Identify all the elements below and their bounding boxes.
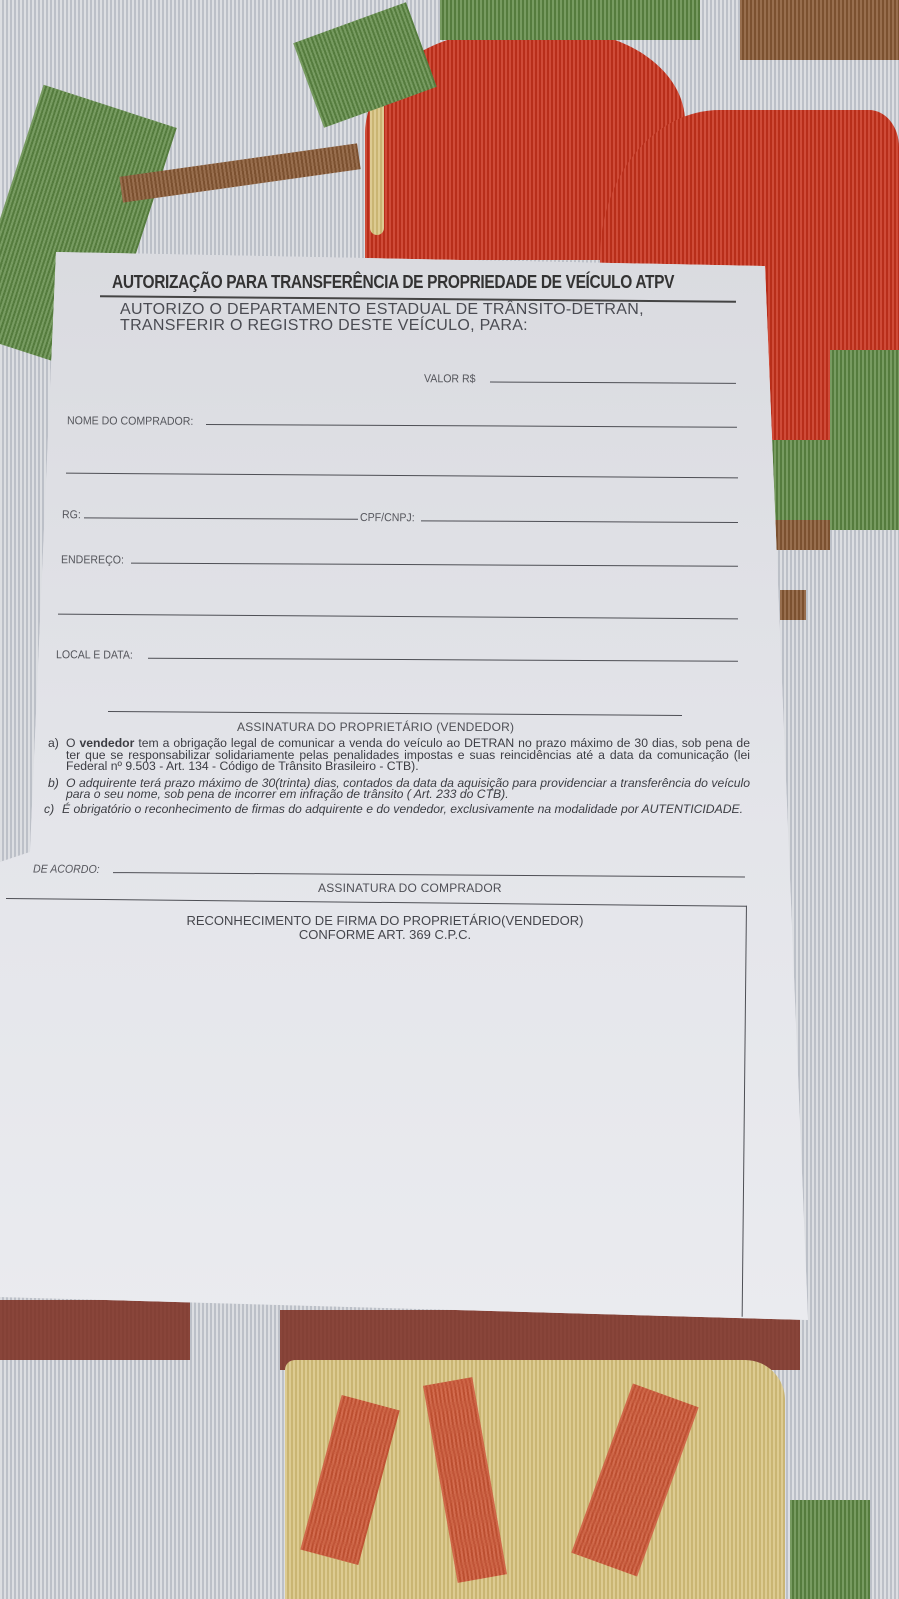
recognition-title-line-1: RECONHECIMENTO DE FIRMA DO PROPRIETÁRIO(…	[155, 914, 615, 928]
note-c-marker: c)	[44, 804, 54, 816]
place-date-input-line[interactable]	[148, 657, 738, 662]
buyer-name-input-line[interactable]	[206, 423, 737, 428]
seller-signature-caption: ASSINATURA DO PROPRIETÁRIO (VENDEDOR)	[237, 720, 514, 734]
note-b-text: O adquirente terá prazo máximo de 30(tri…	[66, 776, 750, 802]
address-input-line[interactable]	[131, 562, 738, 567]
rg-input-line[interactable]	[84, 516, 358, 519]
embroidered-leaf	[830, 350, 899, 440]
legal-notes: a) O vendedor tem a obrigação legal de c…	[30, 738, 750, 818]
cpf-cnpj-input-line[interactable]	[421, 519, 738, 523]
note-b-marker: b)	[48, 778, 59, 790]
note-a: a) O vendedor tem a obrigação legal de c…	[30, 738, 750, 773]
note-a-marker: a)	[48, 738, 59, 750]
authorization-line-1: AUTORIZO O DEPARTAMENTO ESTADUAL DE TRÂN…	[120, 302, 644, 318]
buyer-signature-caption: ASSINATURA DO COMPRADOR	[318, 881, 502, 895]
note-c: c) É obrigatório o reconhecimento de fir…	[30, 804, 750, 816]
note-a-text: tem a obrigação legal de comunicar a ven…	[66, 736, 750, 773]
embroidered-leaf	[790, 1500, 870, 1599]
embroidered-vine	[780, 590, 806, 620]
rg-label: RG:	[62, 509, 81, 521]
authorization-statement: AUTORIZO O DEPARTAMENTO ESTADUAL DE TRÂN…	[120, 302, 644, 334]
authorization-line-2: TRANSFERIR O REGISTRO DESTE VEÍCULO, PAR…	[120, 318, 644, 334]
cpf-cnpj-label: CPF/CNPJ:	[360, 512, 415, 524]
note-b: b) O adquirente terá prazo máximo de 30(…	[30, 778, 750, 801]
signature-recognition-box	[2, 898, 747, 1317]
note-c-text: É obrigatório o reconhecimento de firmas…	[62, 802, 743, 816]
form-title: AUTORIZAÇÃO PARA TRANSFERÊNCIA DE PROPRI…	[112, 272, 674, 293]
embroidered-vine	[740, 0, 899, 60]
address-label: ENDEREÇO:	[61, 554, 124, 566]
buyer-name-label: NOME DO COMPRADOR:	[67, 415, 193, 428]
buyer-agreement-label: DE ACORDO:	[33, 864, 100, 876]
valor-field[interactable]: VALOR R$	[424, 373, 736, 387]
valor-input-line[interactable]	[490, 381, 736, 384]
signature-recognition-title: RECONHECIMENTO DE FIRMA DO PROPRIETÁRIO(…	[155, 914, 615, 942]
embroidered-leaf	[440, 0, 700, 40]
rg-field[interactable]: RG:	[62, 509, 358, 523]
embroidered-leaf	[770, 440, 899, 530]
recognition-title-line-2: CONFORME ART. 369 C.P.C.	[155, 928, 615, 942]
buyer-signature-line[interactable]	[113, 871, 745, 877]
valor-label: VALOR R$	[424, 373, 476, 385]
place-date-label: LOCAL E DATA:	[56, 649, 133, 661]
embroidered-vine	[770, 520, 830, 550]
cpf-cnpj-field[interactable]: CPF/CNPJ:	[360, 512, 738, 526]
